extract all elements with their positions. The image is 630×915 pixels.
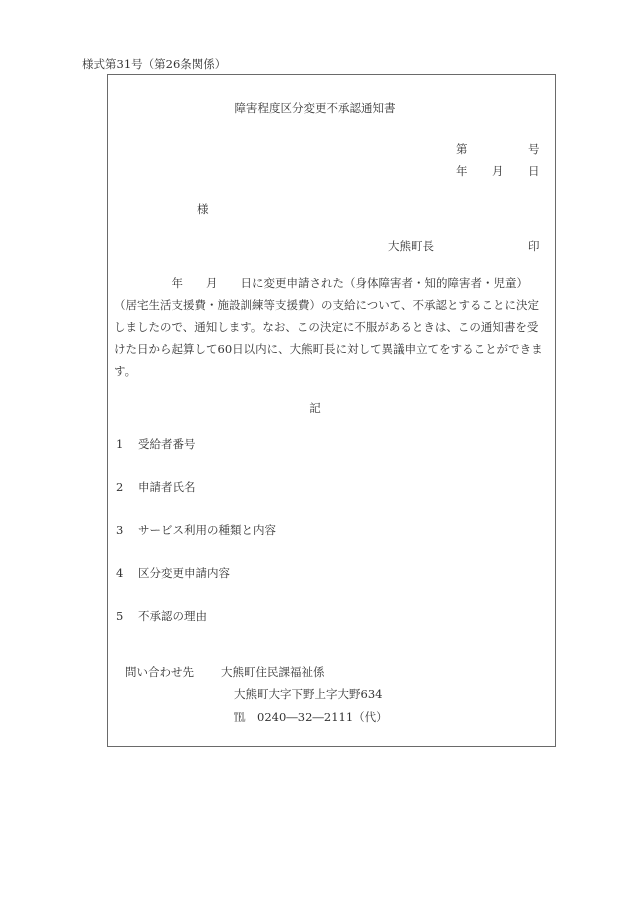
item-number: 1 [116, 437, 138, 451]
ki-heading: 記 [0, 400, 630, 416]
contact-telephone: ℡ 0240―32―2111（代） [234, 709, 388, 725]
date-year-label: 年 [456, 163, 468, 179]
item-number: 4 [116, 566, 138, 580]
list-item: 3サービス利用の種類と内容 [116, 522, 276, 538]
date-month-label: 月 [492, 163, 504, 179]
document-title: 障害程度区分変更不承認通知書 [0, 100, 630, 116]
contact-address: 大熊町大字下野上字大野634 [234, 686, 382, 702]
item-label: 区分変更申請内容 [138, 566, 230, 580]
body-line: （居宅生活支援費・施設訓練等支援費）の支給について、不承認とすることに決定 [114, 294, 554, 316]
document-number-prefix: 第 [456, 141, 468, 157]
list-item: 1受給者番号 [116, 436, 196, 452]
item-number: 2 [116, 480, 138, 494]
body-line: 年 月 日に変更申請された（身体障害者・知的障害者・児童） [114, 272, 554, 294]
contact-department: 大熊町住民課福祉係 [221, 664, 325, 680]
recipient-honorific: 様 [197, 201, 209, 217]
item-label: サービス利用の種類と内容 [138, 523, 276, 537]
date-day-label: 日 [528, 163, 540, 179]
document-number-suffix: 号 [528, 141, 540, 157]
body-line: す。 [114, 360, 554, 382]
item-label: 申請者氏名 [138, 480, 196, 494]
issuer-name: 大熊町長 [388, 238, 434, 254]
notice-body: 年 月 日に変更申請された（身体障害者・知的障害者・児童） （居宅生活支援費・施… [114, 272, 554, 382]
item-label: 受給者番号 [138, 437, 196, 451]
item-number: 5 [116, 609, 138, 623]
seal-mark: 印 [528, 238, 540, 254]
list-item: 5不承認の理由 [116, 608, 207, 624]
body-line: けた日から起算して60日以内に、大熊町長に対して異議申立てをすることができま [114, 338, 554, 360]
list-item: 2申請者氏名 [116, 479, 196, 495]
contact-label: 問い合わせ先 [125, 664, 194, 680]
body-line: しましたので、通知します。なお、この決定に不服があるときは、この通知書を受 [114, 316, 554, 338]
form-number-label: 様式第31号（第26条関係） [82, 56, 226, 72]
item-label: 不承認の理由 [138, 609, 207, 623]
item-number: 3 [116, 523, 138, 537]
list-item: 4区分変更申請内容 [116, 565, 230, 581]
